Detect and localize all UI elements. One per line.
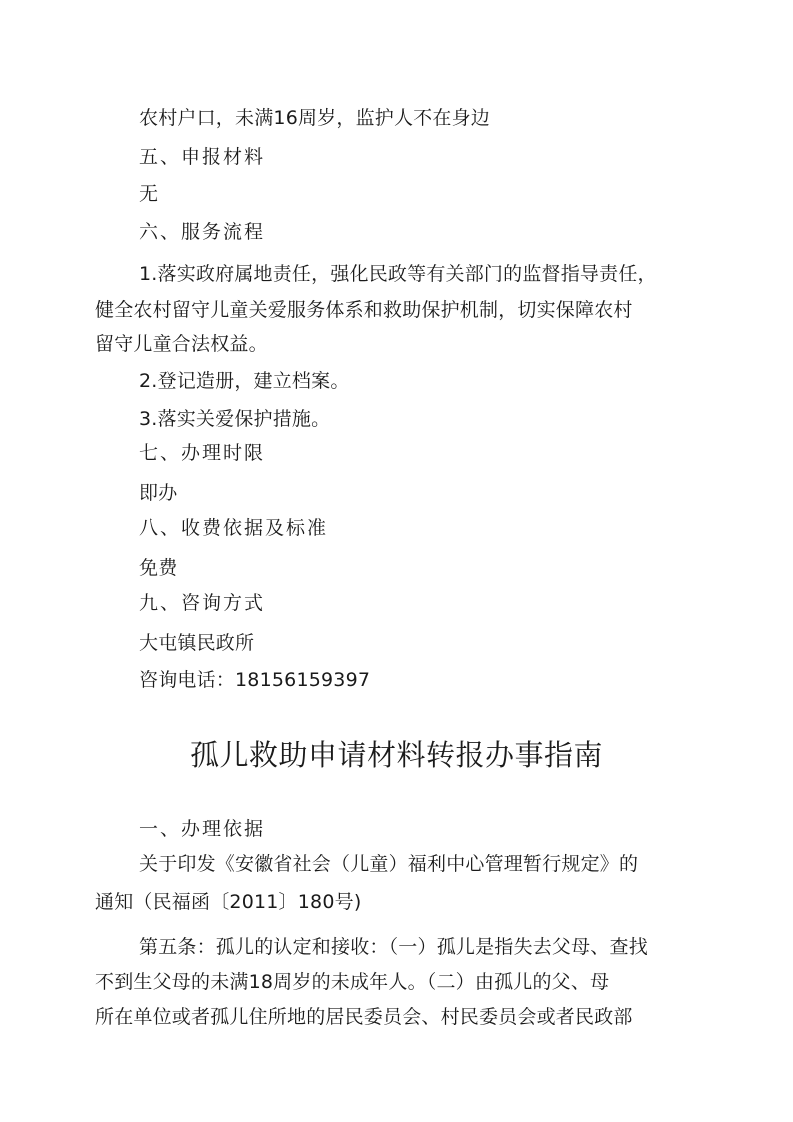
section-heading-time-limit: 七、办理时限 [139, 441, 265, 465]
section-heading-process: 六、服务流程 [139, 220, 265, 244]
process-step-1-line-2: 健全农村留守儿童关爱服务体系和救助保护机制，切实保障农村 [95, 298, 633, 322]
basis-line-1: 关于印发《安徽省社会（儿童）福利中心管理暂行规定》的 [139, 852, 638, 876]
section-heading-contact: 九、咨询方式 [139, 591, 265, 615]
article-line-2: 不到生父母的未满18周岁的未成年人。（二）由孤儿的父、母 [95, 970, 609, 994]
materials-value: 无 [139, 182, 158, 206]
process-step-1-line-3: 留守儿童合法权益。 [95, 332, 268, 356]
section-heading-materials: 五、申报材料 [139, 145, 265, 169]
section-heading-fee: 八、收费依据及标准 [139, 516, 328, 540]
article-line-1: 第五条：孤儿的认定和接收：（一）孤儿是指失去父母、查找 [139, 935, 648, 959]
eligibility-condition: 农村户口，未满16周岁，监护人不在身边 [139, 106, 490, 130]
time-limit-value: 即办 [139, 481, 177, 505]
article-line-3: 所在单位或者孤儿住所地的居民委员会、村民委员会或者民政部 [95, 1005, 633, 1029]
section-heading-basis: 一、办理依据 [139, 817, 265, 841]
contact-phone: 咨询电话：18156159397 [139, 668, 370, 692]
fee-value: 免费 [139, 556, 177, 580]
process-step-3: 3.落实关爱保护措施。 [139, 407, 330, 431]
guide-title: 孤儿救助申请材料转报办事指南 [0, 737, 793, 773]
contact-office: 大屯镇民政所 [139, 631, 254, 655]
process-step-1-line-1: 1.落实政府属地责任，强化民政等有关部门的监督指导责任， [139, 262, 657, 286]
basis-line-2: 通知（民福函〔2011〕180号) [95, 890, 361, 914]
process-step-2: 2.登记造册，建立档案。 [139, 369, 350, 393]
